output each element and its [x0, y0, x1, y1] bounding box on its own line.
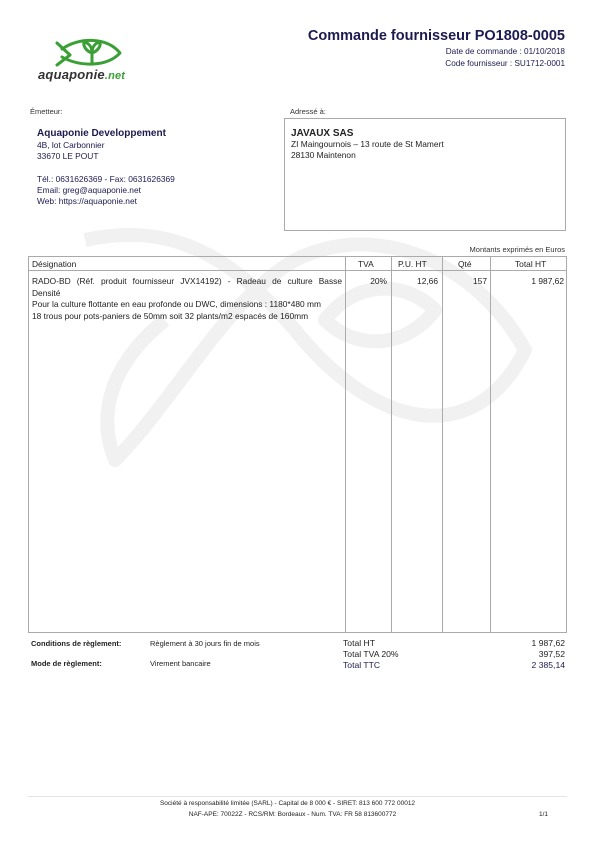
emitter-label: Émetteur:	[30, 107, 63, 116]
footer-divider	[28, 796, 567, 797]
emitter-block: Aquaponie Developpement 4B, lot Carbonni…	[37, 128, 175, 207]
emitter-web: Web: https://aquaponie.net	[37, 196, 175, 207]
recipient-label: Adressé à:	[290, 107, 326, 116]
header-unit-price: P.U. HT	[398, 259, 427, 269]
column-divider	[345, 256, 346, 633]
total-ht-label: Total HT	[343, 638, 375, 648]
recipient-address1: ZI Maingournois – 13 route de St Mamert	[291, 139, 444, 150]
table-header	[28, 256, 567, 271]
brand-suffix: .net	[105, 70, 125, 82]
emitter-name: Aquaponie Developpement	[37, 128, 175, 139]
table-row: RADO-BD (Réf. produit fournisseur JVX141…	[32, 276, 342, 322]
currency-note: Montants exprimés en Euros	[470, 245, 565, 254]
recipient-block: JAVAUX SAS ZI Maingournois – 13 route de…	[291, 128, 444, 162]
designation-line: 18 trous pour pots-paniers de 50mm soit …	[32, 311, 342, 323]
row-unit-price: 12,66	[417, 276, 438, 286]
header-designation: Désignation	[32, 259, 76, 269]
header-tva: TVA	[358, 259, 374, 269]
emitter-address1: 4B, lot Carbonnier	[37, 140, 175, 151]
footer-legal-line2: NAF-APE: 70022Z - RCS/RM: Bordeaux - Num…	[0, 811, 590, 818]
total-ht-value: 1 987,62	[532, 638, 565, 648]
row-qty: 157	[473, 276, 487, 286]
recipient-address2: 28130 Maintenon	[291, 150, 444, 161]
supplier-code: Code fournisseur : SU1712-0001	[445, 59, 565, 68]
total-ttc-label: Total TTC	[343, 660, 380, 670]
designation-line: RADO-BD (Réf. produit fournisseur JVX141…	[32, 276, 342, 288]
emitter-address2: 33670 LE POUT	[37, 151, 175, 162]
mode-value: Virement bancaire	[150, 659, 211, 668]
header-total-ht: Total HT	[515, 259, 546, 269]
column-divider	[490, 256, 491, 633]
page-number: 1/1	[539, 811, 548, 818]
designation-line: Pour la culture flottante en eau profond…	[32, 299, 342, 311]
total-ttc-value: 2 385,14	[532, 660, 565, 670]
document-title: Commande fournisseur PO1808-0005	[308, 28, 565, 44]
column-divider	[442, 256, 443, 633]
mode-label: Mode de règlement:	[31, 659, 102, 668]
designation-line: Densité	[32, 288, 342, 300]
conditions-value: Règlement à 30 jours fin de mois	[150, 639, 260, 648]
row-tva: 20%	[370, 276, 387, 286]
brand-name: aquaponie	[38, 67, 105, 82]
row-total-ht: 1 987,62	[531, 276, 564, 286]
emitter-phone: Tél.: 0631626369 - Fax: 0631626369	[37, 174, 175, 185]
brand-wordmark: aquaponie.net	[38, 67, 125, 82]
total-tva-value: 397,52	[539, 649, 565, 659]
footer-legal-line1: Société à responsabilité limitée (SARL) …	[0, 800, 585, 807]
emitter-email: Email: greg@aquaponie.net	[37, 185, 175, 196]
column-divider	[391, 256, 392, 633]
header-qty: Qté	[458, 259, 472, 269]
total-tva-label: Total TVA 20%	[343, 649, 399, 659]
recipient-name: JAVAUX SAS	[291, 128, 444, 139]
conditions-label: Conditions de règlement:	[31, 639, 121, 648]
order-date: Date de commande : 01/10/2018	[446, 47, 565, 56]
